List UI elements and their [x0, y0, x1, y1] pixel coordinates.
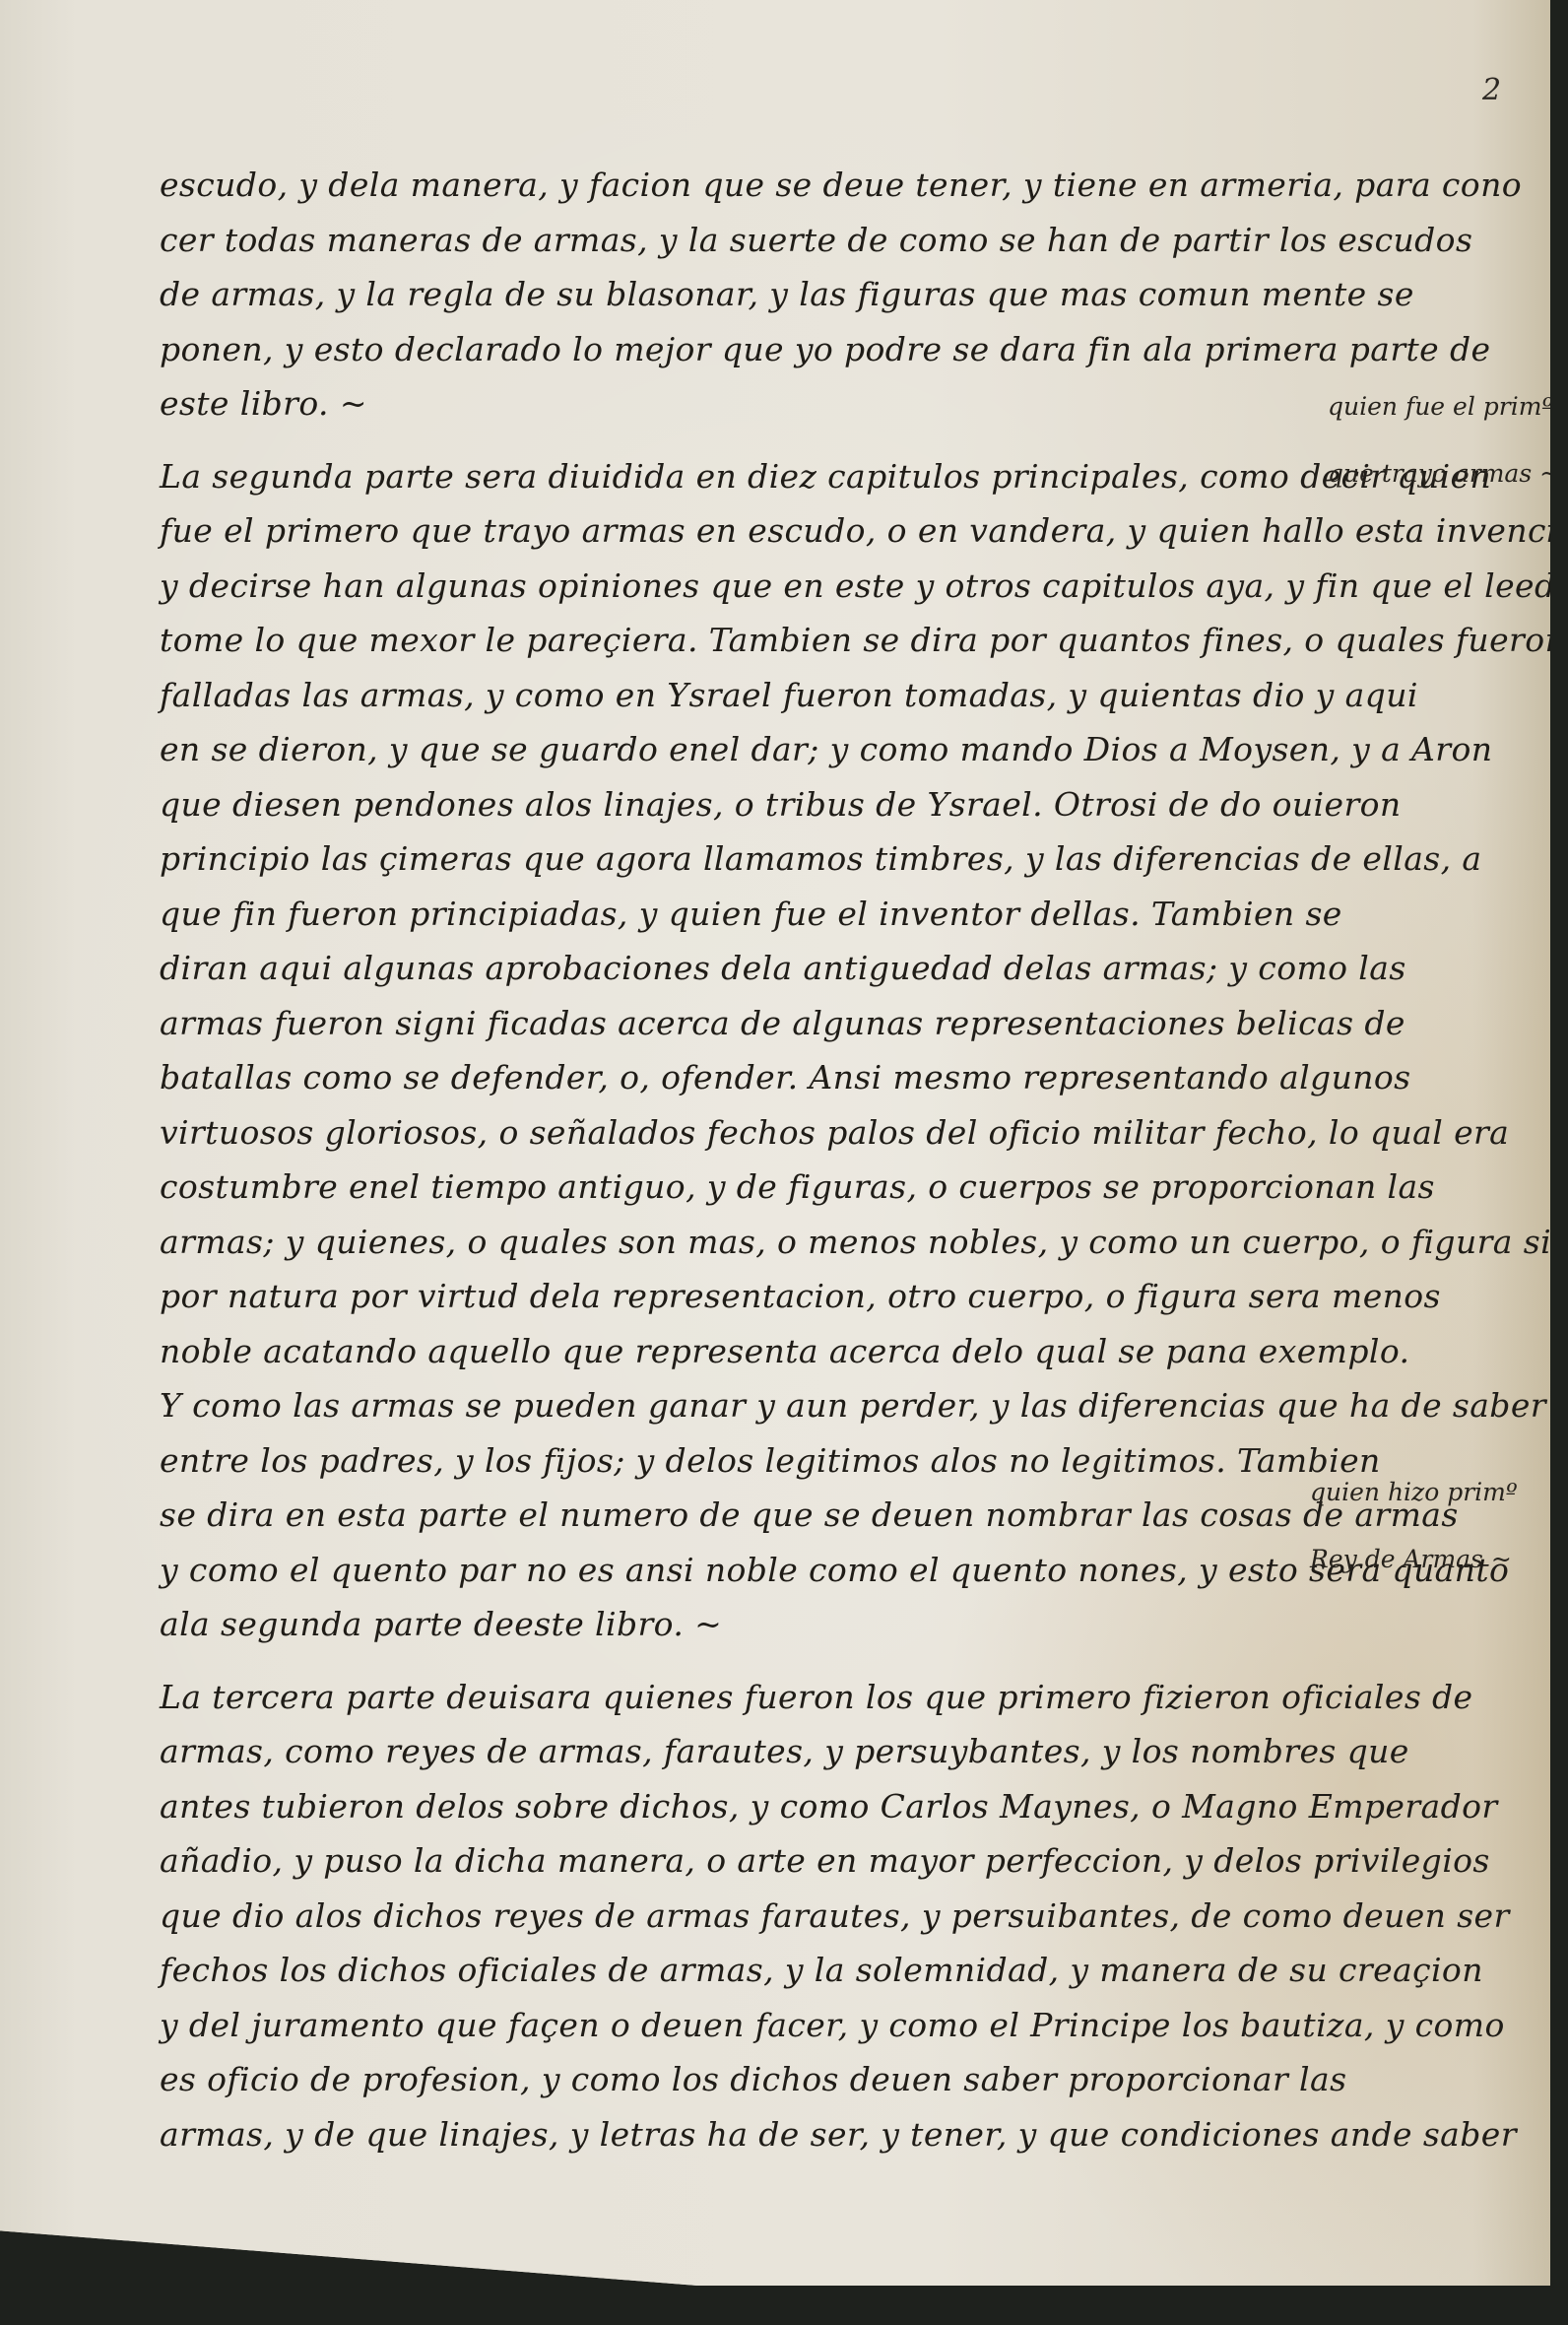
- text-line: cer todas maneras de armas, y la suerte …: [160, 213, 1341, 268]
- marginal-note-first-arms: quien fue el primº que trayo armas ~: [1328, 390, 1560, 491]
- text-line: La tercera parte deuisara quienes fueron…: [160, 1670, 1341, 1725]
- text-line: en se dieron, y que se guardo enel dar; …: [160, 722, 1341, 777]
- text-line: y decirse han algunas opiniones que en e…: [160, 559, 1341, 614]
- marginal-line: Rey de Armas ~: [1310, 1543, 1518, 1576]
- text-line: noble acatando aquello que representa ac…: [160, 1324, 1341, 1379]
- text-line: Y como las armas se pueden ganar y aun p…: [160, 1378, 1341, 1433]
- paragraph-1: escudo, y dela manera, y facion que se d…: [160, 158, 1341, 432]
- text-line: La segunda parte sera diuidida en diez c…: [160, 449, 1341, 504]
- text-line: fechos los dichos oficiales de armas, y …: [160, 1943, 1341, 1998]
- text-line: añadio, y puso la dicha manera, o arte e…: [160, 1833, 1341, 1889]
- text-line: que diesen pendones alos linajes, o trib…: [160, 777, 1341, 832]
- paragraph-gap: [160, 1652, 1341, 1670]
- text-line: es oficio de profesion, y como los dicho…: [160, 2052, 1341, 2107]
- text-line: costumbre enel tiempo antiguo, y de figu…: [160, 1160, 1341, 1215]
- text-line: de armas, y la regla de su blasonar, y l…: [160, 267, 1341, 322]
- folio-number: 2: [1482, 73, 1501, 107]
- marginal-line: que trayo armas ~: [1328, 457, 1560, 491]
- manuscript-body: escudo, y dela manera, y facion que se d…: [160, 158, 1341, 2161]
- text-line: y del juramento que façen o deuen facer,…: [160, 1998, 1341, 2053]
- text-line: que dio alos dichos reyes de armas farau…: [160, 1889, 1341, 1944]
- paragraph-gap: [160, 432, 1341, 449]
- text-line: ala segunda parte deeste libro. ~: [160, 1597, 1341, 1652]
- text-line: ponen, y esto declarado lo mejor que yo …: [160, 322, 1341, 377]
- text-line: virtuosos gloriosos, o señalados fechos …: [160, 1105, 1341, 1161]
- text-line: entre los padres, y los fijos; y delos l…: [160, 1433, 1341, 1489]
- text-line: falladas las armas, y como en Ysrael fue…: [160, 668, 1341, 723]
- text-line: tome lo que mexor le pareçiera. Tambien …: [160, 613, 1341, 668]
- text-line: por natura por virtud dela representacio…: [160, 1269, 1341, 1324]
- text-line: antes tubieron delos sobre dichos, y com…: [160, 1779, 1341, 1834]
- text-line: escudo, y dela manera, y facion que se d…: [160, 158, 1341, 213]
- text-line: armas; y quienes, o quales son mas, o me…: [160, 1215, 1341, 1270]
- text-line: batallas como se defender, o, ofender. A…: [160, 1050, 1341, 1105]
- manuscript-page: 2 escudo, y dela manera, y facion que se…: [0, 0, 1550, 2286]
- marginal-note-first-king-of-arms: quien hizo primº Rey de Armas ~: [1310, 1476, 1518, 1576]
- text-line: que fin fueron principiadas, y quien fue…: [160, 887, 1341, 942]
- text-line: principio las çimeras que agora llamamos…: [160, 831, 1341, 887]
- text-line: armas, como reyes de armas, farautes, y …: [160, 1724, 1341, 1779]
- text-line: diran aqui algunas aprobaciones dela ant…: [160, 941, 1341, 996]
- paragraph-3: La tercera parte deuisara quienes fueron…: [160, 1670, 1341, 2162]
- marginal-line: quien hizo primº: [1310, 1476, 1518, 1509]
- text-line: fue el primero que trayo armas en escudo…: [160, 503, 1341, 559]
- text-line: se dira en esta parte el numero de que s…: [160, 1488, 1341, 1543]
- text-line: este libro. ~: [160, 376, 1341, 432]
- marginal-line: quien fue el primº: [1328, 390, 1560, 424]
- text-line: armas fueron signi ficadas acerca de alg…: [160, 996, 1341, 1051]
- text-line: armas, y de que linajes, y letras ha de …: [160, 2107, 1341, 2162]
- paragraph-2: La segunda parte sera diuidida en diez c…: [160, 449, 1341, 1652]
- text-line: y como el quento par no es ansi noble co…: [160, 1543, 1341, 1598]
